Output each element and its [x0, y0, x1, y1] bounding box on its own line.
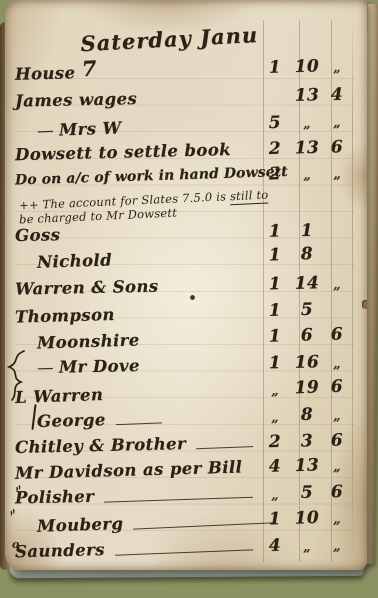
entry-label: Nichold [37, 250, 113, 271]
amount-pence: 6 [322, 324, 353, 345]
amount-pounds: 5 [260, 112, 291, 133]
entry-label: Mouberg [37, 514, 124, 536]
entry-label-wrap: Warren & Sons [15, 274, 261, 298]
amount-shillings: 6 [292, 325, 323, 346]
amount-shillings: 8 [292, 404, 323, 425]
amount-pounds: 1 [260, 353, 290, 374]
amount-pounds: „ [260, 410, 290, 426]
entry-label: Moonshire [37, 330, 140, 352]
amount-pounds: 1 [260, 57, 291, 78]
amount-pence: „ [322, 60, 352, 76]
entry-label-wrap: House [15, 58, 261, 84]
ledger-paper: Saterday Janu 7 House110„James wages134M… [5, 0, 367, 570]
amount-shillings: 3 [292, 431, 322, 452]
amount-pence: 4 [322, 85, 352, 106]
amount-shillings: 1 [292, 221, 322, 242]
amount-shillings: 10 [292, 56, 323, 77]
amount-shillings: 16 [292, 352, 322, 373]
entry-label-wrap: James wages [15, 86, 261, 110]
amount-shillings: „ [292, 540, 322, 556]
entry-label: Dowsett to settle book [15, 140, 231, 164]
amount-shillings: 19 [292, 377, 323, 398]
ruled-dash [196, 446, 253, 449]
amount-pounds: 2 [260, 138, 290, 159]
ruled-dash [133, 522, 275, 529]
amount-shillings: 5 [292, 482, 322, 503]
amount-pence: 6 [322, 482, 352, 503]
ruled-dash [116, 422, 162, 425]
amount-shillings: 13 [292, 455, 323, 476]
amount-shillings: 5 [292, 299, 323, 320]
entry-label: George [37, 410, 106, 431]
amount-pence: 6 [321, 376, 352, 397]
entry-label: Warren & Sons [15, 277, 159, 299]
amount-shillings: 13 [292, 138, 322, 159]
entry-label: L Warren [15, 385, 104, 407]
amount-shillings: „ [292, 116, 323, 132]
ledger-page-scan: Saterday Janu 7 House110„James wages134M… [0, 0, 378, 598]
amount-pounds: 1 [260, 221, 290, 242]
amount-pounds: 2 [260, 432, 290, 453]
amount-pence [322, 243, 352, 244]
amount-shillings: „ [292, 168, 322, 184]
margin-mark: o [12, 538, 19, 551]
entry-label-wrap: Polisher [15, 484, 261, 509]
amount-pounds: 1 [260, 300, 291, 321]
amount-pence [322, 220, 352, 221]
amount-pence: „ [322, 459, 352, 475]
note-text-underlined: still to [230, 188, 269, 206]
entry-label-wrap: L Warren [15, 379, 262, 407]
entry-label: Thompson [15, 305, 115, 327]
amount-pence: „ [322, 278, 352, 294]
amount-shillings: 8 [292, 244, 323, 265]
ruled-dash [115, 549, 253, 555]
entry-label-wrap: Mouberg [15, 509, 283, 537]
amount-pence: „ [322, 115, 353, 131]
entry-label-wrap: Thompson [15, 301, 261, 326]
amount-pence: 6 [322, 137, 352, 158]
amount-pence [322, 299, 352, 300]
entry-label-wrap: Chitley & Brother [15, 432, 261, 458]
amount-pence: „ [322, 409, 352, 425]
amount-pounds: 1 [260, 245, 291, 266]
amount-pounds: 4 [260, 456, 291, 477]
amount-pounds: 2 [260, 164, 291, 185]
amount-pounds: „ [260, 383, 291, 399]
ledger-rows: House110„James wages134Mrs W5„„Dowsett t… [5, 0, 367, 570]
entry-label: Goss [15, 225, 61, 245]
amount-pounds: 4 [260, 535, 290, 556]
amount-pence: „ [322, 512, 352, 528]
entry-label-wrap: Mrs W [15, 113, 283, 141]
amount-pence: 6 [322, 430, 352, 451]
amount-shillings: 14 [292, 273, 322, 294]
amount-pounds: 1 [260, 274, 290, 295]
entry-label: Chitley & Brother [15, 434, 186, 457]
amount-pounds: 1 [260, 326, 291, 347]
amount-pounds [260, 86, 290, 87]
amount-pence: „ [322, 539, 352, 555]
entry-label: Polisher [15, 487, 95, 508]
margin-scribble-icon [4, 348, 28, 402]
entry-label: House [15, 63, 76, 84]
amount-pounds: „ [260, 488, 290, 504]
entry-label: Mr Davidson as per Bill [15, 457, 243, 482]
entry-label: Mr Dove [59, 356, 140, 377]
entry-label: Mrs W [59, 118, 122, 139]
ruled-dash [104, 497, 253, 503]
entry-label: Saunders [15, 540, 105, 561]
amount-shillings: 10 [292, 508, 323, 529]
ledger-row: House110„ [15, 55, 360, 89]
entry-label-wrap: Goss [15, 222, 261, 245]
amount-shillings: 13 [292, 85, 322, 106]
entry-label: James wages [15, 89, 137, 111]
amount-pence: „ [322, 167, 352, 183]
amount-pence: „ [322, 357, 352, 373]
amount-pounds: 1 [260, 509, 291, 530]
